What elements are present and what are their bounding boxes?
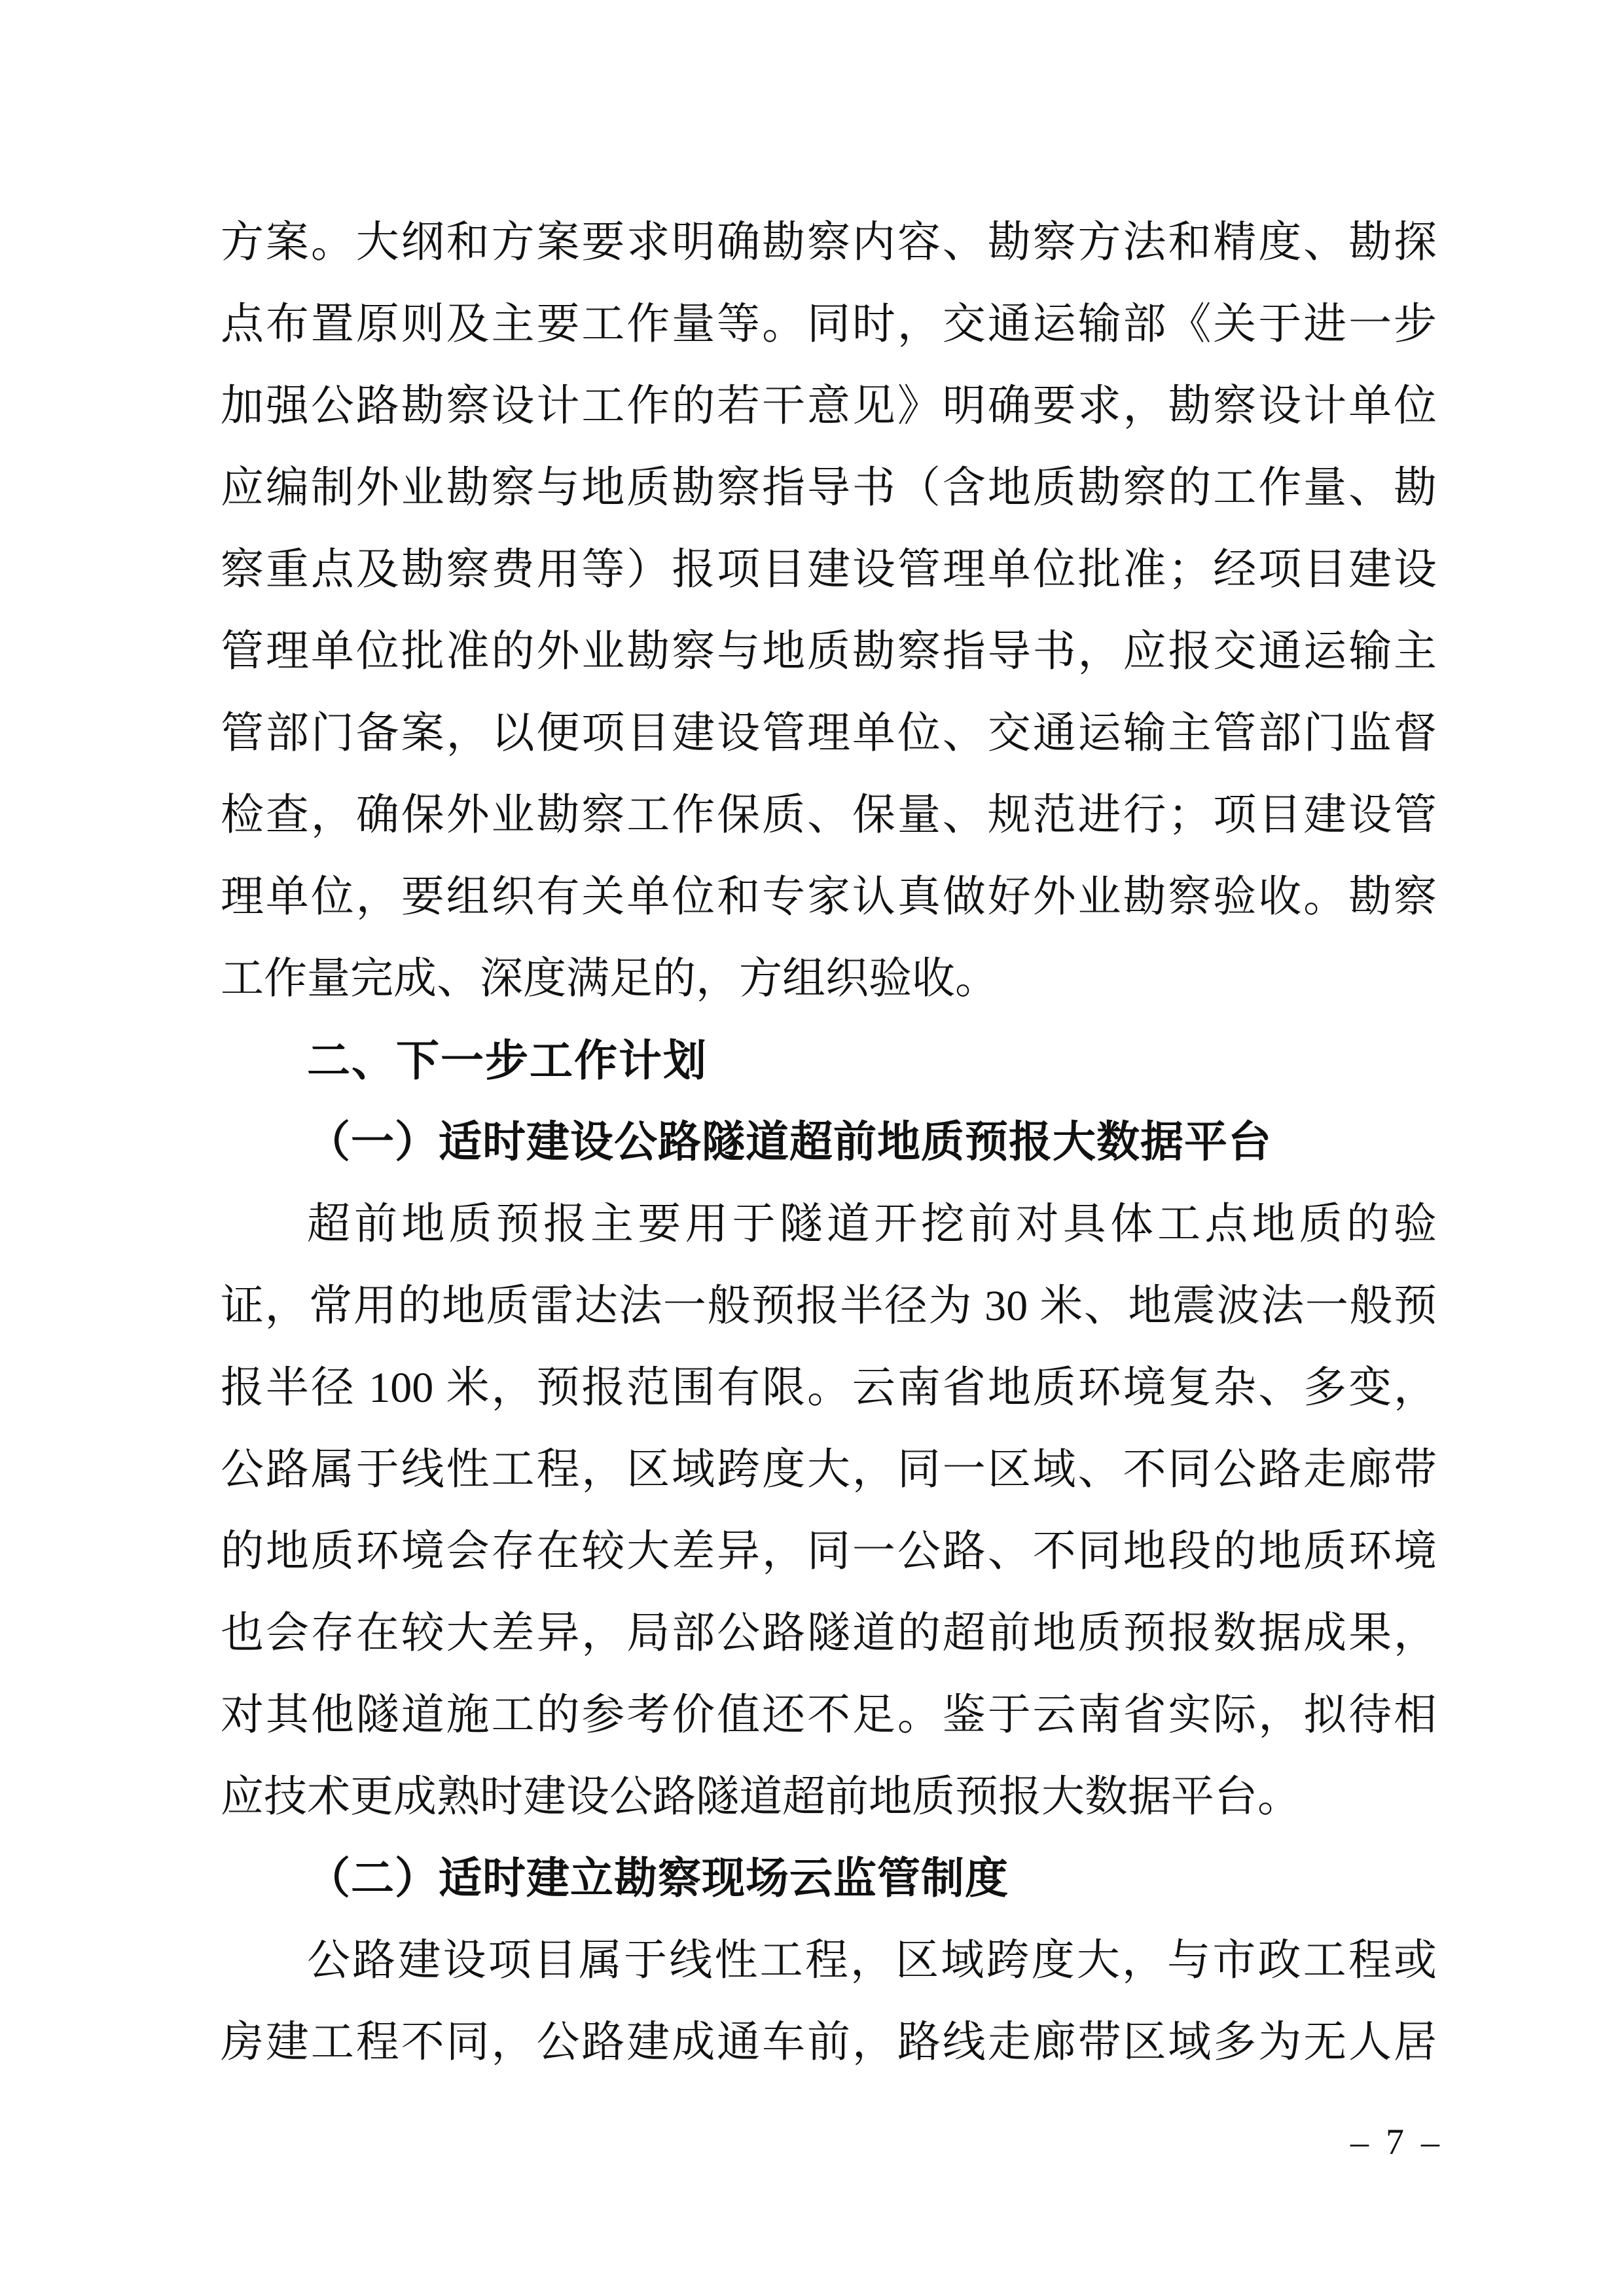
body-line: 工作量完成、深度满足的，方组织验收。 — [221, 938, 1437, 1020]
body-line: 方案。大纲和方案要求明确勘察内容、勘察方法和精度、勘探 — [221, 202, 1437, 283]
body-line: 加强公路勘察设计工作的若干意见》明确要求，勘察设计单位 — [221, 365, 1437, 447]
body-line: 应技术更成熟时建设公路隧道超前地质预报大数据平台。 — [221, 1756, 1437, 1838]
body-line: 公路建设项目属于线性工程，区域跨度大，与市政工程或 — [221, 1920, 1437, 2001]
body-line: 点布置原则及主要工作量等。同时，交通运输部《关于进一步 — [221, 283, 1437, 365]
document-text-column: 方案。大纲和方案要求明确勘察内容、勘察方法和精度、勘探 点布置原则及主要工作量等… — [221, 202, 1437, 2083]
subsection-heading: （二）适时建立勘察现场云监管制度 — [221, 1838, 1437, 1920]
page-number: – 7 – — [1350, 2119, 1443, 2165]
body-line: 管部门备案，以便项目建设管理单位、交通运输主管部门监督 — [221, 692, 1437, 774]
body-line: 房建工程不同，公路建成通车前，路线走廊带区域多为无人居 — [221, 2001, 1437, 2083]
body-line: 应编制外业勘察与地质勘察指导书（含地质勘察的工作量、勘 — [221, 447, 1437, 529]
body-line: 察重点及勘察费用等）报项目建设管理单位批准；经项目建设 — [221, 529, 1437, 611]
body-line: 理单位，要组织有关单位和专家认真做好外业勘察验收。勘察 — [221, 856, 1437, 938]
body-line: 对其他隧道施工的参考价值还不足。鉴于云南省实际，拟待相 — [221, 1674, 1437, 1756]
document-page: 方案。大纲和方案要求明确勘察内容、勘察方法和精度、勘探 点布置原则及主要工作量等… — [0, 0, 1624, 2296]
body-line: 证，常用的地质雷达法一般预报半径为 30 米、地震波法一般预 — [221, 1265, 1437, 1347]
body-line: 公路属于线性工程，区域跨度大，同一区域、不同公路走廊带 — [221, 1429, 1437, 1511]
section-heading: 二、下一步工作计划 — [221, 1020, 1437, 1102]
body-line: 检查，确保外业勘察工作保质、保量、规范进行；项目建设管 — [221, 774, 1437, 856]
body-line: 管理单位批准的外业勘察与地质勘察指导书，应报交通运输主 — [221, 611, 1437, 692]
body-line: 的地质环境会存在较大差异，同一公路、不同地段的地质环境 — [221, 1511, 1437, 1592]
body-line: 超前地质预报主要用于隧道开挖前对具体工点地质的验 — [221, 1183, 1437, 1265]
body-line: 报半径 100 米，预报范围有限。云南省地质环境复杂、多变， — [221, 1347, 1437, 1429]
subsection-heading: （一）适时建设公路隧道超前地质预报大数据平台 — [221, 1102, 1437, 1183]
body-line: 也会存在较大差异，局部公路隧道的超前地质预报数据成果， — [221, 1592, 1437, 1674]
